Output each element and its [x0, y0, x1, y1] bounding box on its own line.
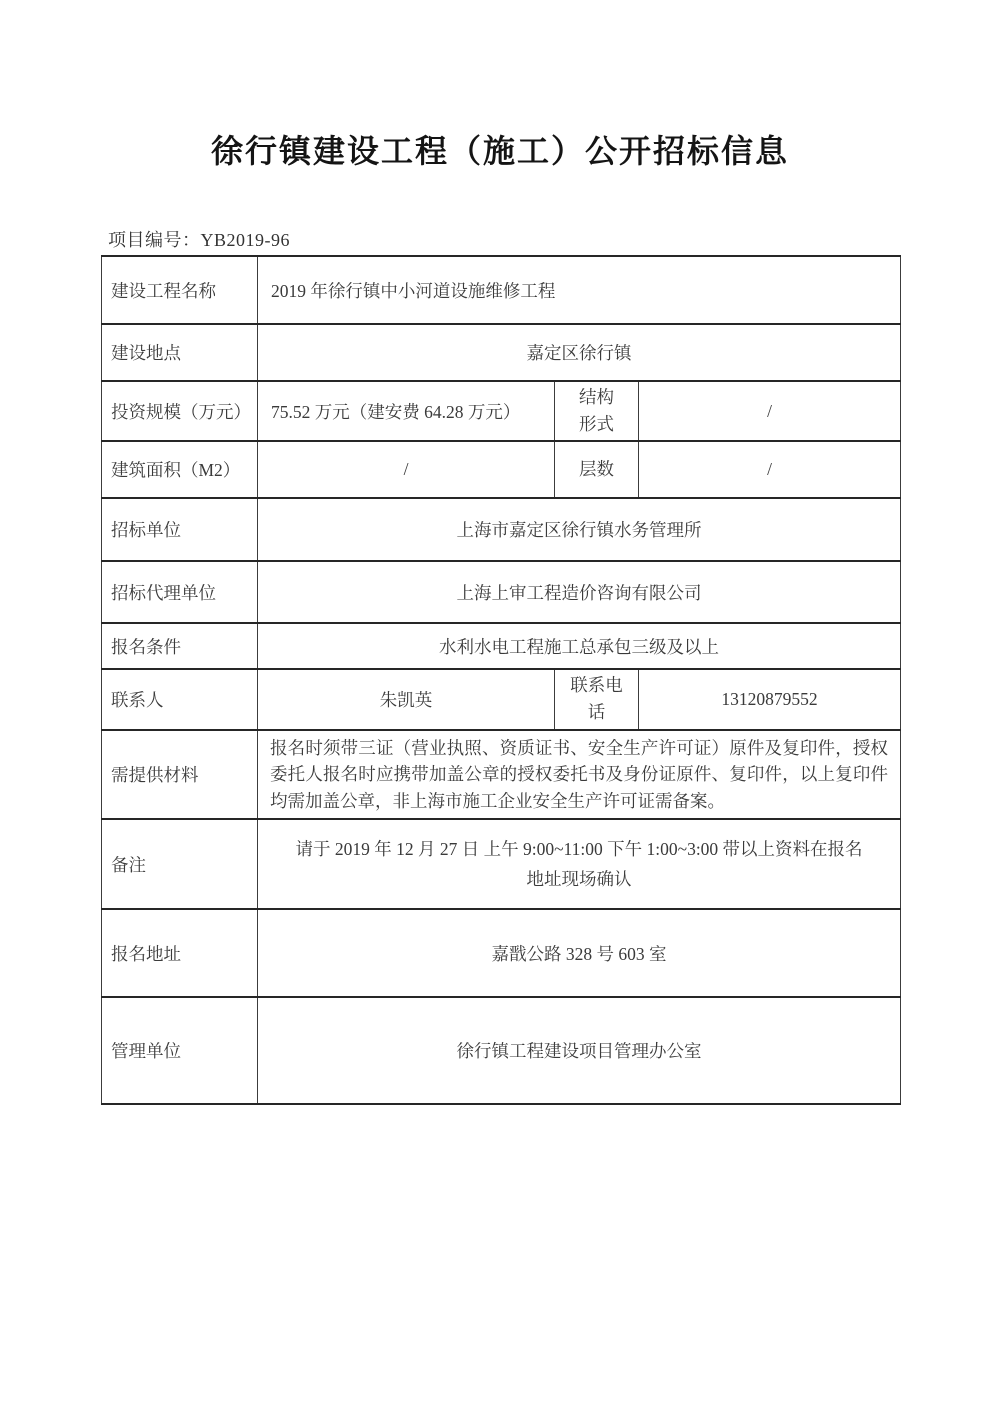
- sub-value-cell: /: [639, 381, 901, 441]
- project-number-value: YB2019-96: [201, 230, 291, 250]
- table-row-registration-address: 报名地址 嘉戬公路 328 号 603 室: [102, 909, 901, 997]
- row-value-cell: 水利水电工程施工总承包三级及以上: [258, 623, 901, 669]
- row-value-cell: 上海市嘉定区徐行镇水务管理所: [258, 498, 901, 561]
- table-row-management-unit: 管理单位 徐行镇工程建设项目管理办公室: [102, 997, 901, 1104]
- table-row-remarks: 备注 请于 2019 年 12 月 27 日 上午 9:00~11:00 下午 …: [102, 819, 901, 909]
- row-value-cell: 报名时须带三证（营业执照、资质证书、安全生产许可证）原件及复印件，授权委托人报名…: [258, 730, 901, 820]
- row-label-cell: 报名条件: [102, 623, 258, 669]
- row-label-cell: 建筑面积（M2）: [102, 441, 258, 498]
- row-value-cell: 嘉戬公路 328 号 603 室: [258, 909, 901, 997]
- row-label-cell: 联系人: [102, 669, 258, 729]
- sub-value-cell: /: [639, 441, 901, 498]
- document-page: 徐行镇建设工程（施工）公开招标信息 项目编号：YB2019-96 建设工程名称 …: [0, 0, 1000, 1414]
- row-label-cell: 报名地址: [102, 909, 258, 997]
- bidding-info-table: 建设工程名称 2019 年徐行镇中小河道设施维修工程 建设地点 嘉定区徐行镇 投…: [101, 255, 901, 1105]
- project-number-label: 项目编号：: [108, 230, 201, 250]
- row-label-cell: 投资规模（万元）: [102, 381, 258, 441]
- row-value-cell: 朱凯英: [258, 669, 555, 729]
- row-label-cell: 招标代理单位: [102, 561, 258, 623]
- row-value-cell: 上海上审工程造价咨询有限公司: [258, 561, 901, 623]
- sub-value-cell: 13120879552: [639, 669, 901, 729]
- table-row-floor-area: 建筑面积（M2） / 层数 /: [102, 441, 901, 498]
- table-row-contact: 联系人 朱凯英 联系电 话 13120879552: [102, 669, 901, 729]
- table-row-project-name: 建设工程名称 2019 年徐行镇中小河道设施维修工程: [102, 256, 901, 324]
- row-label-cell: 管理单位: [102, 997, 258, 1104]
- row-value-cell: 75.52 万元（建安费 64.28 万元）: [258, 381, 555, 441]
- row-label-cell: 建设工程名称: [102, 256, 258, 324]
- table-row-agency: 招标代理单位 上海上审工程造价咨询有限公司: [102, 561, 901, 623]
- row-label-cell: 建设地点: [102, 324, 258, 381]
- page-title: 徐行镇建设工程（施工）公开招标信息: [0, 126, 1000, 172]
- row-label-cell: 需提供材料: [102, 730, 258, 820]
- row-label-cell: 招标单位: [102, 498, 258, 561]
- sub-label-cell: 层数: [555, 441, 639, 498]
- table-row-location: 建设地点 嘉定区徐行镇: [102, 324, 901, 381]
- sub-label-cell: 结构 形式: [555, 381, 639, 441]
- row-label-cell: 备注: [102, 819, 258, 909]
- project-number-line: 项目编号：YB2019-96: [108, 226, 290, 252]
- table-row-materials: 需提供材料 报名时须带三证（营业执照、资质证书、安全生产许可证）原件及复印件，授…: [102, 730, 901, 820]
- row-value-cell: /: [258, 441, 555, 498]
- row-value-cell: 嘉定区徐行镇: [258, 324, 901, 381]
- table-row-tenderer: 招标单位 上海市嘉定区徐行镇水务管理所: [102, 498, 901, 561]
- row-value-cell: 2019 年徐行镇中小河道设施维修工程: [258, 256, 901, 324]
- row-value-cell: 徐行镇工程建设项目管理办公室: [258, 997, 901, 1104]
- table-row-investment: 投资规模（万元） 75.52 万元（建安费 64.28 万元） 结构 形式 /: [102, 381, 901, 441]
- sub-label-cell: 联系电 话: [555, 669, 639, 729]
- table-row-qualification: 报名条件 水利水电工程施工总承包三级及以上: [102, 623, 901, 669]
- row-value-cell: 请于 2019 年 12 月 27 日 上午 9:00~11:00 下午 1:0…: [258, 819, 901, 909]
